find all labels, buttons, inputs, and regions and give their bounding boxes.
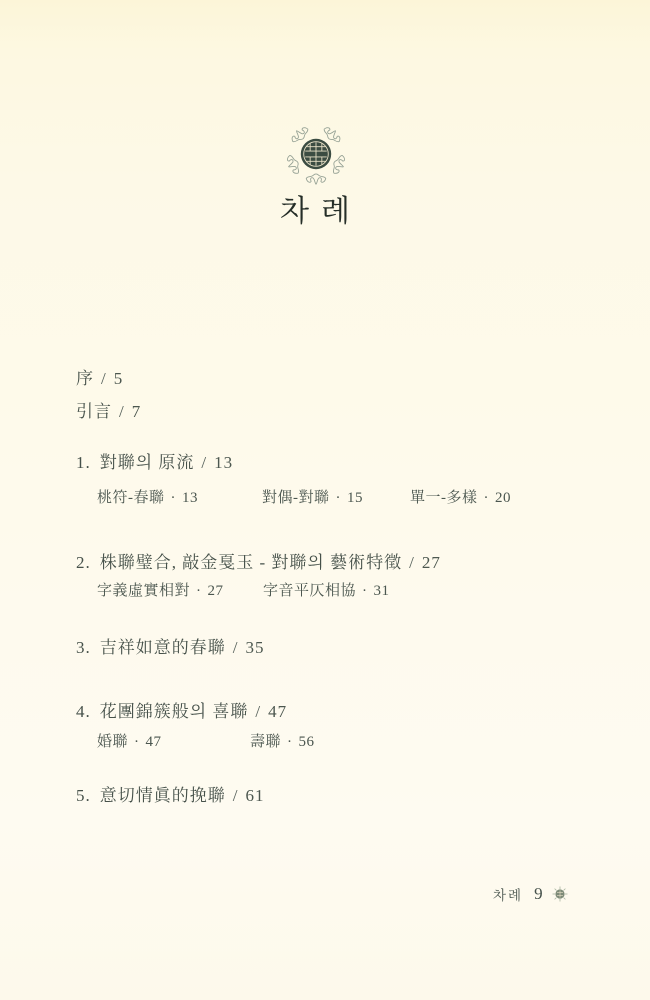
page-number: 61: [245, 786, 264, 805]
dot-separator: ·: [287, 734, 293, 750]
dot-separator: ·: [484, 490, 490, 506]
page-footer: 차례 9: [493, 884, 569, 904]
toc-subsection: 桃符-春聯·13: [97, 486, 198, 507]
separator: /: [409, 553, 415, 572]
page-number: 13: [214, 453, 233, 472]
subsection-title: 字義虛實相對: [97, 583, 190, 599]
small-seal-rosette-icon: [551, 885, 569, 903]
footer-section-label: 차례: [493, 884, 523, 904]
toc-chapter-3: 3.吉祥如意的春聯/35: [76, 633, 264, 658]
dot-separator: ·: [134, 734, 140, 750]
toc-chapter-2: 2.株聯璧合, 敲金戛玉 - 對聯의 藝術特徵/27: [76, 548, 441, 573]
toc-chapter-5: 5.意切情眞的挽聯/61: [76, 781, 264, 806]
subsection-title: 對偶-對聯: [262, 490, 330, 506]
chapter-number: 4.: [76, 702, 91, 721]
subsection-page: 27: [208, 583, 224, 599]
table-of-contents: 序/5 引言/7 1.對聯의 原流/13 桃符-春聯·13 對偶-對聯·15 單…: [0, 0, 650, 1000]
entry-label: 引言: [76, 402, 112, 421]
book-page: 차례 序/5 引言/7 1.對聯의 原流/13 桃符-春聯·13 對偶-對聯·1…: [0, 0, 650, 1000]
chapter-number: 1.: [76, 453, 91, 472]
subsection-title: 壽聯: [250, 734, 281, 750]
dot-separator: ·: [171, 490, 177, 506]
toc-subsection: 字義虛實相對·27: [97, 579, 224, 600]
chapter-number: 5.: [76, 786, 91, 805]
subsection-title: 字音平仄相協: [263, 583, 356, 599]
page-number: 27: [422, 553, 441, 572]
dot-separator: ·: [196, 583, 202, 599]
toc-front-matter-preface: 序/5: [76, 364, 123, 389]
toc-subsection: 婚聯·47: [97, 730, 162, 751]
chapter-title: 花團錦簇般의 喜聯: [100, 702, 249, 721]
subsection-page: 15: [347, 490, 363, 506]
subsection-title: 單一-多樣: [410, 490, 478, 506]
subsection-page: 56: [299, 734, 315, 750]
chapter-title: 意切情眞的挽聯: [100, 786, 226, 805]
chapter-number: 2.: [76, 553, 91, 572]
footer-page-number: 9: [534, 884, 543, 904]
toc-subsection: 字音平仄相協·31: [263, 579, 390, 600]
chapter-title: 對聯의 原流: [100, 453, 195, 472]
page-number: 47: [268, 702, 287, 721]
page-number: 35: [245, 638, 264, 657]
subsection-title: 婚聯: [97, 734, 128, 750]
toc-subsection: 壽聯·56: [250, 730, 315, 751]
subsection-title: 桃符-春聯: [97, 490, 165, 506]
separator: /: [255, 702, 261, 721]
toc-chapter-4-subsections: 婚聯·47 壽聯·56: [97, 730, 597, 752]
toc-chapter-1-subsections: 桃符-春聯·13 對偶-對聯·15 單一-多樣·20: [97, 486, 597, 508]
toc-chapter-4: 4.花團錦簇般의 喜聯/47: [76, 697, 287, 722]
separator: /: [233, 638, 239, 657]
separator: /: [119, 402, 125, 421]
page-number: 5: [114, 369, 124, 388]
toc-subsection: 單一-多樣·20: [410, 486, 511, 507]
toc-chapter-2-subsections: 字義虛實相對·27 字音平仄相協·31: [97, 579, 597, 601]
page-number: 7: [132, 402, 142, 421]
subsection-page: 31: [374, 583, 390, 599]
chapter-title: 吉祥如意的春聯: [100, 638, 226, 657]
chapter-number: 3.: [76, 638, 91, 657]
subsection-page: 13: [182, 490, 198, 506]
subsection-page: 47: [146, 734, 162, 750]
entry-label: 序: [76, 369, 94, 388]
chapter-title: 株聯璧合, 敲金戛玉 - 對聯의 藝術特徵: [100, 553, 402, 572]
subsection-page: 20: [495, 490, 511, 506]
separator: /: [233, 786, 239, 805]
toc-chapter-1: 1.對聯의 原流/13: [76, 448, 233, 473]
toc-subsection: 對偶-對聯·15: [262, 486, 363, 507]
dot-separator: ·: [336, 490, 342, 506]
toc-front-matter-introduction: 引言/7: [76, 397, 141, 422]
separator: /: [101, 369, 107, 388]
dot-separator: ·: [362, 583, 368, 599]
separator: /: [201, 453, 207, 472]
